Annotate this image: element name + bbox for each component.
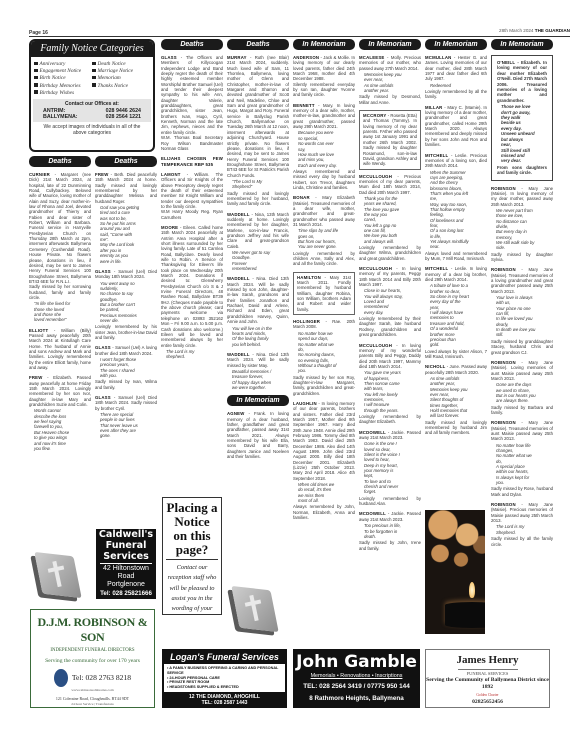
- verse: "The Lord Is MyShepherd": [227, 179, 289, 190]
- category-item: Birthday Wishes: [34, 90, 92, 96]
- notice-text: - Mary Elizabeth (Maisie). Treasured mem…: [293, 195, 355, 227]
- category-item: Thanks Notice: [92, 83, 150, 89]
- notice-signoff: Sadly missed by Ivan, Wilma and family.: [95, 379, 157, 390]
- notice: WADDELL - Nina. Died 13th March 2024. Wi…: [227, 352, 289, 390]
- memoriam-banner: In Memoriam: [359, 39, 421, 50]
- notice-name: HAMILTON: [297, 275, 321, 280]
- notice: MILLAR - Mary C. (Mamie). In loving memo…: [425, 105, 487, 148]
- verse: Memories keep youever near,As time unfol…: [359, 72, 421, 93]
- category-item: Marriage Notice: [92, 68, 150, 74]
- bible-icon: [30, 553, 86, 601]
- placing-notice-ad: Placing a Notice on this page? Contact o…: [162, 497, 222, 615]
- notice-name: ROBINSON: [491, 420, 516, 425]
- logan-services-list: • A FAMILY BUSINESS OFFERING A CARING AN…: [164, 664, 285, 692]
- phone[interactable]: 028 2564 1221: [106, 114, 141, 120]
- notice: MCCRORY - Rosetta (Etta) and Thomas (Tom…: [359, 110, 421, 169]
- column-deaths-1: DeathsCURNIER - Margaret (nee Dick) 21st…: [29, 156, 91, 527]
- verse: Words cannotdescribe the losswe feel say…: [29, 408, 91, 451]
- notice-name: MCCULLOUGH: [359, 266, 392, 271]
- category-item: Engagement Notice: [34, 68, 92, 74]
- images-note: We accept images of individuals in all o…: [31, 122, 153, 138]
- verse: There are specialpeople in our livesThat…: [95, 412, 157, 439]
- service-item: • A FAMILY BUSINESS OFFERING A CARING AN…: [167, 666, 282, 676]
- verse: Those we lovedon't go away,they walkbesi…: [497, 104, 547, 163]
- verse: The Lord is myshepherd.: [161, 349, 223, 360]
- caldwell-tel[interactable]: Tel: 028 25821666: [96, 590, 156, 597]
- notice-name: BONAR: [293, 195, 310, 200]
- deaths-banner: Deaths: [161, 39, 223, 50]
- notice-name: GLASS: [95, 395, 111, 400]
- notice-name: WADDELL: [227, 212, 250, 217]
- notice-name: MITCHELL: [425, 153, 448, 158]
- column-memoriam-3: In MemoriamMCMULLAN - Hester G. and Jame…: [425, 39, 487, 508]
- notice-text: - Rosetta (Etta) and Thomas (Tommy). In …: [363, 113, 417, 166]
- notice-signoff: Sadly missed by Barbara and family.: [491, 405, 553, 416]
- djm-tel[interactable]: Tel: 028 2763 8218: [72, 673, 131, 682]
- verse: Time slips by and lifegoes on,But from o…: [293, 228, 355, 249]
- notice-name: GLASS: [95, 345, 111, 350]
- notice: GLASS - Samuel (Uel) Died 18th March 202…: [95, 395, 157, 439]
- notice-name: MCCULLOUGH: [359, 343, 392, 348]
- column-deaths-3: DeathsGLASS - The Officers and Members o…: [161, 39, 223, 495]
- notice: ELLIOTT - William (Billy) Passed away pe…: [29, 328, 91, 371]
- verse: You will live on in thehearts and minds,…: [227, 326, 289, 347]
- notice: MCCULLOUGH - Precious memories of my dea…: [359, 174, 421, 262]
- notice-signoff: Loved always by sister Alison, 7 Mill Ro…: [425, 349, 487, 360]
- notice-signoff: Sadly missed by granddaughter Stacey, hu…: [491, 339, 553, 355]
- notice-signoff: From sons daughters and family circle.: [497, 165, 547, 176]
- notice-signoff: Silently remembered everyday by son Ian,…: [293, 82, 355, 98]
- notice-text: - In loving memory of our dear parents, …: [293, 401, 355, 481]
- notice-signoff: Sadly missed by her sorrowing husband, f…: [29, 284, 91, 300]
- service-item: • HEADSTONES SUPPLIED & ERECTED: [167, 685, 282, 690]
- notice-name: FREW: [29, 375, 42, 380]
- notice-signoff: Sadly missed by Rose, husband Mark and D…: [491, 486, 553, 497]
- john-gamble-ad[interactable]: John Gamble Memorials • Renovations • In…: [293, 649, 420, 708]
- logans-funeral-ad[interactable]: Logan's Funeral Services • A FAMILY BUSI…: [162, 649, 287, 708]
- notice: ROBINSON - Mary Jane (Maisie). In loving…: [491, 186, 553, 263]
- logan-tel[interactable]: TEL: 028 2587 1443: [162, 700, 287, 706]
- column-memoriam-4: In MemoriamO'NEILL - Elizabeth. In lovin…: [491, 39, 553, 647]
- verse: Close in our hearts,You will always stay…: [359, 288, 421, 315]
- notice-text: - Elizabeth. In loving memory of our dea…: [497, 60, 547, 103]
- notice-name: ROBINSON: [491, 360, 516, 365]
- verse: You went away sosuddenly,No chance to sa…: [95, 281, 157, 324]
- djm-website[interactable]: www.rabinsonsobituaries.com: [31, 688, 154, 692]
- notice-text: - Mary 31st March 2011. Fondly remembere…: [297, 275, 351, 312]
- james-henry-ad[interactable]: James Henry FUNERAL SERVICES Serving the…: [425, 649, 550, 708]
- notice-text: - The Officers and Members of Killycooga…: [161, 55, 223, 135]
- notice-signoff: Lovingly remembered by daughter Wilma, g…: [359, 245, 421, 261]
- contact-title: Contact our Offices at:: [43, 101, 141, 107]
- notice: O'NEILL - Elizabeth. In loving memory of…: [491, 55, 553, 181]
- notice-signoff: W.M Harry Moody Reg. Ryan Carruthers: [161, 209, 223, 220]
- notice-name: MOORE: [161, 225, 178, 230]
- notice: FREW - Elizabeth. Passed away peacefully…: [29, 375, 91, 451]
- category-item: Birth Notice: [34, 75, 92, 81]
- column-deaths-2: DeathsFREW - Beth. Died peacefully 15th …: [95, 156, 157, 527]
- category-item: Birthday Memories: [34, 83, 92, 89]
- deaths-banner: Deaths: [95, 156, 157, 167]
- notice: ROBINSON - Mary Jane (Maisie). Treasured…: [491, 267, 553, 355]
- notice-name: ANDERSON: [293, 55, 319, 60]
- notice-signoff: Sadly missed by daughter Sylvia.: [491, 252, 553, 263]
- notice-name: CURNIER: [29, 172, 50, 177]
- header-rule: [29, 36, 570, 37]
- notice: MCCULLOUGH - In loving memory of my wond…: [359, 343, 421, 425]
- notice-name: MCCULLOUGH: [359, 174, 392, 179]
- notice: WADDELL - Nina, 13th March suddenly at h…: [227, 212, 289, 272]
- notice-name: LAMONT: [161, 172, 181, 177]
- notice: MOORE - Eileen. Called home 15th March 2…: [161, 225, 223, 360]
- office-ballymena: BALLYMENA:028 2564 1221: [43, 114, 141, 120]
- notice-name: MCDOWELL: [359, 430, 386, 435]
- notice-name: ELLIOTT: [29, 328, 48, 333]
- notice: MCDOWELL - Jackie. Passed away 21st Marc…: [359, 430, 421, 507]
- notice: FREW - Beth. Died peacefully 15th March …: [95, 172, 157, 264]
- notice-signoff: W.M. Thomas Boal Secretary Roy Wilson Ba…: [161, 135, 223, 151]
- verse: Redeemed: [425, 83, 487, 88]
- notice-name: BENNETT: [293, 103, 315, 108]
- memoriam-banner: In Memoriam: [227, 395, 289, 406]
- notice: ROBINSON - Mary Jane (Maisie). Treasured…: [491, 420, 553, 497]
- notice: ELIJAHS CHOSEN FEW TEMPERANCE RBP 535: [161, 156, 223, 167]
- notice-name: MCCRORY: [363, 113, 386, 118]
- notice: AGNEW - Frank. In loving memory of a dea…: [227, 411, 289, 459]
- memoriam-banner: In Memoriam: [293, 39, 355, 50]
- notice: MCDOWELL - Jackie. Passed away 21st Marc…: [359, 511, 421, 550]
- notice-signoff: Lovingly remembered by his sister Jean, …: [95, 324, 157, 340]
- verse: Too precious in life,To be forgotten ind…: [359, 523, 421, 539]
- notice-text: - Beth. Died peacefully 15th March 2024 …: [95, 172, 157, 204]
- caldwells-funeral-ad[interactable]: Caldwell's Funeral Services 42 Hiltonsto…: [96, 529, 156, 599]
- notice: MCCULLOUGH - In loving memory of my pare…: [359, 266, 421, 337]
- notice-text: - Eileen. Called home 15th March 2024 pe…: [161, 225, 223, 348]
- notice: BONAR - Mary Elizabeth (Maisie). Treasur…: [293, 195, 355, 266]
- crest-icon: [54, 669, 68, 687]
- notice-name: MILLAR: [425, 105, 442, 110]
- notice-name: ROBINSON: [491, 267, 516, 272]
- notice-name: WADDELL: [227, 276, 250, 281]
- verse: No matter how lifechanges,No matter what…: [491, 443, 553, 486]
- notice-signoff: Sadly missed by all the family circle.: [491, 536, 553, 547]
- notice-name: LAUGHLIN: [293, 401, 317, 406]
- notice: BENNETT - Mary. In loving memory of a de…: [293, 103, 355, 191]
- verse: When the Summerrays are peeping,And the …: [425, 170, 487, 250]
- djm-robinson-ad[interactable]: D.J.M. ROBINSON & SON INDEPENDENT FUNERA…: [30, 609, 155, 708]
- bible-icon: [227, 587, 283, 635]
- column-memoriam-2: In MemoriamMCALEESE - Molly. Precious me…: [359, 39, 421, 647]
- notice-signoff: Lovingly remembered by children Anne, Sa…: [293, 251, 355, 267]
- notice-name: HOLLINGER: [293, 319, 320, 324]
- notice-text: - William (Billy) Passed away peacefully…: [29, 328, 91, 370]
- notice-name: MCMULLAN: [425, 55, 451, 60]
- notice-name: WADDELL: [227, 352, 250, 357]
- column-deaths-4: DeathsMURRAY - Ruth (nee Blair) 21st Mar…: [227, 39, 289, 605]
- verse: We never part fromthose we love,No dista…: [491, 208, 553, 251]
- notice-name: ROBINSON: [491, 186, 516, 191]
- verse: You gave me yearsof happiness,Then sorro…: [359, 370, 421, 413]
- column-memoriam-1: In MemoriamANDERSON - Jack & Mollie. In …: [293, 39, 355, 647]
- notice-name: MURRAY: [227, 55, 247, 60]
- notice-name: FREW: [95, 172, 108, 177]
- verse: The Lord is myShepherd.: [491, 524, 553, 535]
- verse: As time unfoldsanother year,Memories kee…: [425, 376, 487, 419]
- verse: "In life she lived forthose she lovedand…: [29, 301, 91, 322]
- notice-name: ROBINSON: [491, 502, 516, 507]
- paper-name: THE GUARDIAN: [535, 28, 570, 33]
- caldwell-address: 42 Hiltonstown Road Portglenone: [100, 563, 152, 589]
- notice-signoff: Sadly missed by John, Irene and family.: [359, 540, 421, 551]
- notice: HAMILTON - Mary 31st March 2011. Fondly …: [293, 272, 355, 315]
- notice: ROBINSON - Mary Jane (Maisie). Precious …: [491, 502, 553, 547]
- notice-signoff: Sadly missed and lovingly remembered by …: [227, 191, 289, 207]
- notice: WADDELL - Nina. Died 13th March 2024. Wi…: [227, 276, 289, 346]
- verse: Because you wereso special,No words can …: [293, 130, 355, 167]
- memoriam-banner: In Memoriam: [425, 39, 487, 50]
- notice-name: MITCHELL: [425, 266, 448, 271]
- henry-phone[interactable]: 02825652456: [426, 699, 549, 705]
- notice-name: O'NEILL: [497, 60, 515, 65]
- verse: A tribute of love to abrother so dear,So…: [425, 283, 487, 347]
- notice-text: - Ruth (nee Blair) 21st March 2024, sudd…: [227, 55, 289, 178]
- notice: LAMONT - William. The Officers and Sir K…: [161, 172, 223, 220]
- notice: MCMULLAN - Hester G. and James. Loving m…: [425, 55, 487, 100]
- contact-offices: Contact our Offices at: ANTRIM:028 9446 …: [33, 99, 151, 122]
- deaths-banner: Deaths: [29, 156, 91, 167]
- categories-title: Family Notice Categories: [31, 41, 153, 57]
- verse: Your love is alwayswith us,Your place no…: [491, 295, 553, 338]
- notice: LAUGHLIN - In loving memory of our dear …: [293, 401, 355, 521]
- verse: Thank you for theyears we shared,The lov…: [359, 196, 421, 244]
- notice: GLASS - The Officers and Members of Kill…: [161, 55, 223, 151]
- notice-name: GLASS: [161, 55, 177, 60]
- verse: Beautiful memories /treasure forever,Of …: [227, 369, 289, 390]
- notice-text: - Nina. Died 13th March 2024. Will be sa…: [227, 276, 289, 324]
- notice: MURRAY - Ruth (nee Blair) 21st March 202…: [227, 55, 289, 207]
- candle-image: [425, 510, 485, 634]
- notice: MITCHELL - Leslie. Precious memories of …: [425, 153, 487, 262]
- notice: MCALEESE - Molly. Precious memories of o…: [359, 55, 421, 105]
- notice: CURNIER - Margaret (nee Dick) 21st March…: [29, 172, 91, 323]
- notice-text: - Frank. In loving memory of a dear husb…: [227, 411, 289, 459]
- verse: We never got to sayGoodbye.Foreverrememb…: [227, 250, 289, 271]
- notice-signoff: Sadly missed by her son Roy, daughter-in…: [293, 375, 355, 396]
- notice-name: MCDOWELL: [359, 511, 386, 516]
- verse: I won't forget thoseprecious years,The o…: [95, 357, 157, 378]
- ornament-divider: [458, 669, 518, 670]
- notice: MITCHELL - Leslie. In loving memory of a…: [425, 266, 487, 359]
- deaths-banner: Deaths: [227, 39, 289, 50]
- notice-signoff: Lovingly remembered by husband Alan.: [359, 496, 421, 507]
- notice: ANDERSON - Jack & Mollie. In loving memo…: [293, 55, 355, 98]
- category-item: Anniversary: [34, 61, 92, 67]
- notice-signoff: Sadly missed by Desmond, Millar and Anne…: [359, 94, 421, 105]
- notice-signoff: Sadly missed and lovingly remembered by …: [425, 420, 487, 436]
- notice-text: - William. The Officers and Sir Knights …: [161, 172, 223, 209]
- notice-name: AGNEW: [227, 411, 244, 416]
- verse: God saw you gettingtired and a curewas n…: [95, 205, 157, 264]
- category-item: Memoriam: [92, 75, 150, 81]
- masthead: 28th March 2024 THE GUARDIAN: [499, 28, 570, 33]
- notice-text: - Margaret (nee Dick) 21st March 2024, a…: [29, 172, 91, 284]
- memoriam-banner: In Memoriam: [491, 39, 553, 50]
- notice-signoff: Lovingly remembered by all the family.: [425, 89, 487, 100]
- verse: No matter how wespend our days,No matter…: [293, 331, 355, 374]
- notice-signoff: Always remembered by John, Norman, Eliza…: [293, 504, 355, 520]
- issue-date: 28th March 2024: [499, 28, 533, 33]
- notice-name: NICHOLL: [425, 364, 446, 369]
- notice-signoff: Always loved and remembered by Mum, 7 Mi…: [425, 251, 487, 262]
- notice: GLASS - Samuel (Uel) A loving brother di…: [95, 345, 157, 390]
- notice-text: - Elizabeth. Passed away peacefully at h…: [29, 375, 91, 407]
- categories-list: AnniversaryDeath NoticeEngagement Notice…: [31, 57, 153, 97]
- notice-signoff: Lovingly remembered by their daughter Sa…: [359, 316, 421, 337]
- verse: Gone is the one Iloved so dear,Silent is…: [359, 441, 421, 494]
- notice: HOLLINGER - Rae. 20th March 2008.No matt…: [293, 319, 355, 396]
- gamble-tel[interactable]: TEL: 028 2564 3419 / 07775 950 144: [293, 683, 420, 691]
- notice: NICHOLL - June. Passed away peacefully 2…: [425, 364, 487, 435]
- verse: When old times wedo recall, it's thenwe …: [293, 482, 355, 503]
- notice-signoff: Always remembered and missed every day b…: [293, 169, 355, 190]
- verse: Gone are the dayswe used to share,But in…: [491, 382, 553, 403]
- notice-text: - Nina, 13th March suddenly at home. Lov…: [227, 212, 289, 249]
- notice-name: GLASS: [95, 269, 111, 274]
- notice-name: MCALEESE: [359, 55, 384, 60]
- notice-signoff: Lovingly remembered by daughter Elizabet…: [359, 414, 421, 425]
- notice-name: ELIJAHS CHOSEN FEW TEMPERANCE RBP 535: [161, 156, 223, 166]
- category-item: Death Notice: [92, 61, 150, 67]
- notice: GLASS - Samuel (Uel) Died Monday 18th Ma…: [95, 269, 157, 340]
- notice-text: - Mary C. (Mamie). In loving memory of a…: [425, 105, 487, 147]
- family-notice-categories: Family Notice Categories AnniversaryDeat…: [29, 39, 155, 152]
- notice: ROBINSON - Mary Jane (Maisie). Loving me…: [491, 360, 553, 415]
